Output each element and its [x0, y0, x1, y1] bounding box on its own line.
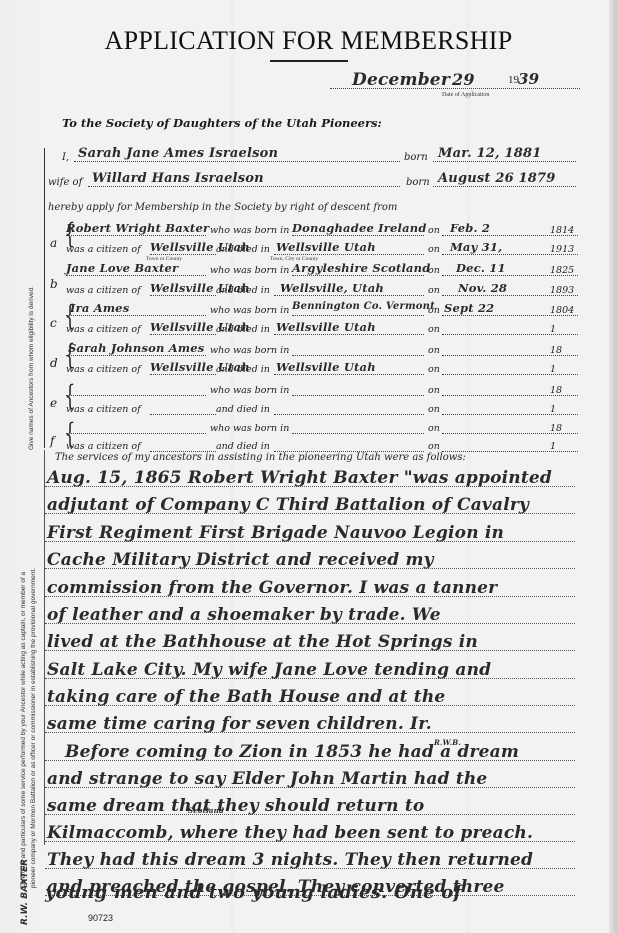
date-day: 29 [452, 70, 475, 89]
ancestor-death-year: 1 [550, 364, 556, 375]
ancestor-letter-d: d [50, 356, 58, 370]
label-on: on [428, 265, 440, 276]
dotted-line [150, 374, 216, 375]
label-on: on [428, 324, 440, 335]
applicant-row: I, Sarah Jane Ames Israelson born Mar. 1… [48, 150, 576, 168]
label-and-died-in: and died in [216, 404, 270, 415]
label-who-was-born-in: who was born in [210, 385, 289, 396]
label-was-a-citizen-of: was a citizen of [66, 404, 141, 415]
label-and-died-in: and died in [216, 364, 270, 375]
narrative-text: Aug. 15, 1865 Robert Wright Baxter "was … [47, 468, 552, 488]
dotted-line [274, 414, 424, 415]
ancestor-name: Robert Wright Baxter [66, 221, 209, 235]
dotted-line [150, 414, 216, 415]
ancestor-birth-year: 18 [550, 385, 562, 396]
dotted-line [274, 374, 424, 375]
ancestor-name: Sarah Johnson Ames [68, 341, 204, 355]
label-on: on [428, 404, 440, 415]
salutation: To the Society of Daughters of the Utah … [62, 116, 382, 130]
label-on: on [428, 385, 440, 396]
narrative-text: and strange to say Elder John Martin had… [47, 769, 487, 789]
label-was-a-citizen-of: was a citizen of [66, 364, 141, 375]
narrative-text: same time caring for seven children. Ir. [47, 714, 432, 734]
ancestor-name: Jane Love Baxter [66, 261, 178, 275]
narrative-line: commission from the Governor. I was a ta… [45, 573, 575, 597]
label-was-a-citizen-of: was a citizen of [66, 285, 141, 296]
ancestor-e-birth-row: who was born in on 18 [66, 384, 578, 401]
narrative-text: commission from the Governor. I was a ta… [47, 578, 497, 598]
narrative-text: of leather and a shoemaker by trade. We [47, 605, 441, 625]
ancestor-birth-date: Sept 22 [444, 301, 494, 315]
ancestor-died-in: Wellsville Utah [276, 360, 376, 374]
label-who-was-born-in: who was born in [210, 305, 289, 316]
ancestor-death-date: May 31, [450, 240, 502, 254]
ancestor-birth-date: Feb. 2 [450, 221, 490, 235]
insert-scotland: Scotland [188, 806, 224, 815]
applicant-prefix: I, [62, 152, 69, 163]
label-on: on [428, 441, 440, 452]
dotted-line [66, 355, 206, 356]
ancestor-death-date: Nov. 28 [458, 281, 507, 295]
ancestor-death-year: 1913 [550, 244, 574, 255]
narrative-line: adjutant of Company C Third Battalion of… [45, 490, 575, 514]
ancestor-died-in: Wellsville Utah [276, 240, 376, 254]
date-caption: Date of Application [442, 92, 489, 98]
narrative-text: taking care of the Bath House and at the [47, 687, 445, 707]
services-heading: The services of my ancestors in assistin… [55, 452, 466, 463]
dotted-line [274, 334, 424, 335]
ancestor-death-year: 1 [550, 441, 556, 452]
side-note-services-1: Give date and particulars of some servic… [20, 572, 27, 888]
label-on: on [428, 345, 440, 356]
narrative-line: and strange to say Elder John Martin had… [45, 764, 575, 788]
narrative-text: Cache Military District and received my [47, 550, 434, 570]
narrative-text: First Regiment First Brigade Nauvoo Legi… [47, 523, 504, 543]
label-who-was-born-in: who was born in [210, 225, 289, 236]
dotted-line [292, 275, 424, 276]
spouse-row: wife of Willard Hans Israelson born Augu… [48, 175, 576, 193]
label-on: on [428, 364, 440, 375]
ancestor-birth-year: 18 [550, 345, 562, 356]
side-note-ancestors: Give names of Ancestors from whom eligib… [28, 286, 35, 450]
label-who-was-born-in: who was born in [210, 345, 289, 356]
ancestor-birth-year: 1804 [550, 305, 574, 316]
label-was-a-citizen-of: was a citizen of [66, 324, 141, 335]
ancestor-b-birth-row: Jane Love Baxter who was born in Argyles… [66, 264, 578, 281]
ancestor-birthplace: Donaghadee Ireland [292, 221, 427, 235]
insert-rwb: R.W.B. [434, 738, 461, 747]
ancestor-c-birth-row: Ira Ames who was born in Bennington Co. … [66, 304, 578, 321]
application-date: December 29 19 39 Date of Application [330, 70, 580, 102]
ancestor-letter-f: f [50, 434, 54, 448]
label-was-a-citizen-of: was a citizen of [66, 441, 141, 452]
narrative-text: lived at the Bathhouse at the Hot Spring… [47, 632, 478, 652]
narrative-text: Salt Lake City. My wife Jane Love tendin… [47, 660, 491, 680]
narrative-line: taking care of the Bath House and at the [45, 682, 575, 706]
ancestor-letter-b: b [50, 277, 58, 291]
narrative-text-last: young men and two young ladies. One of [45, 882, 461, 903]
narrative-line: lived at the Bathhouse at the Hot Spring… [45, 627, 575, 651]
descent-statement: hereby apply for Membership in the Socie… [48, 202, 397, 213]
page-edge [609, 0, 617, 933]
dotted-line [274, 295, 424, 296]
document-id: 90723 [88, 913, 113, 923]
label-who-was-born-in: who was born in [210, 265, 289, 276]
narrative-line: Salt Lake City. My wife Jane Love tendin… [45, 655, 575, 679]
narrative-line: Before coming to Zion in 1853 he had a d… [45, 737, 575, 761]
title-underline [270, 60, 348, 62]
ancestor-letter-a: a [50, 236, 57, 250]
label-who-was-born-in: who was born in [210, 423, 289, 434]
label-on: on [428, 305, 440, 316]
label-on: on [428, 225, 440, 236]
dotted-line [442, 334, 578, 335]
narrative-text: adjutant of Company C Third Battalion of… [47, 495, 529, 515]
ancestor-letter-c: c [50, 316, 57, 330]
page-title: APPLICATION FOR MEMBERSHIP [0, 26, 617, 56]
ancestor-death-year: 1 [550, 324, 556, 335]
label-and-died-in: and died in [216, 441, 270, 452]
date-month: December [352, 70, 450, 90]
dotted-line [66, 395, 206, 396]
narrative-text: same dream that they should return to [47, 796, 424, 816]
dotted-line [292, 433, 424, 434]
ancestor-birth-date: Dec. 11 [456, 261, 506, 275]
applicant-born: Mar. 12, 1881 [438, 146, 541, 161]
signature-stamp: R.W. BAXTER [20, 859, 30, 925]
ancestor-birth-year: 18 [550, 423, 562, 434]
dotted-line [66, 275, 206, 276]
ancestor-d-birth-row: Sarah Johnson Ames who was born in on 18 [66, 344, 578, 361]
dotted-line [66, 235, 206, 236]
ancestor-birthplace: Bennington Co. Vermont [292, 301, 435, 312]
ancestor-died-in: Wellsville, Utah [280, 281, 384, 295]
dotted-line [442, 374, 578, 375]
label-on: on [428, 285, 440, 296]
spouse-born-label: born [406, 177, 430, 188]
dotted-line [292, 355, 424, 356]
ancestor-f-birth-row: who was born in on 18 [66, 422, 578, 439]
spouse-name: Willard Hans Israelson [92, 171, 264, 186]
applicant-born-label: born [404, 152, 428, 163]
left-margin-rule [44, 148, 45, 448]
label-was-a-citizen-of: was a citizen of [66, 244, 141, 255]
ancestor-birth-year: 1814 [550, 225, 574, 236]
spouse-prefix: wife of [48, 177, 82, 188]
ancestor-birthplace: Argyleshire Scotland [292, 261, 431, 275]
narrative-line: Cache Military District and received my [45, 545, 575, 569]
narrative-line: same dream that they should return to [45, 791, 575, 815]
ancestor-name: Ira Ames [70, 301, 129, 315]
ancestor-a-birth-row: Robert Wright Baxter who was born in Don… [66, 224, 578, 241]
narrative-line: Kilmaccomb, where they had been sent to … [45, 818, 575, 842]
label-on: on [428, 423, 440, 434]
label-and-died-in: and died in [216, 324, 270, 335]
descent-row: hereby apply for Membership in the Socie… [48, 200, 576, 218]
narrative-line: same time caring for seven children. Ir. [45, 709, 575, 733]
dotted-line [66, 315, 206, 316]
ancestor-b-death-row: was a citizen of Wellsville Utah and die… [66, 284, 578, 301]
dotted-line [150, 334, 216, 335]
dotted-line [66, 433, 206, 434]
narrative-text: They had this dream 3 nights. They then … [47, 850, 533, 870]
applicant-name: Sarah Jane Ames Israelson [78, 146, 278, 161]
dotted-line [292, 395, 424, 396]
narrative-line: First Regiment First Brigade Nauvoo Legi… [45, 518, 575, 542]
label-on: on [428, 244, 440, 255]
spouse-born: August 26 1879 [438, 171, 556, 186]
narrative-text: Kilmaccomb, where they had been sent to … [47, 823, 533, 843]
ancestor-e-death-row: was a citizen of and died in on 1 [66, 403, 578, 420]
ancestor-a-death-row: was a citizen of Wellsville Utah and die… [66, 243, 578, 260]
ancestor-d-death-row: was a citizen of Wellsville Utah and die… [66, 363, 578, 380]
side-note-services-2: pioneer company or Mormon Battalion or a… [30, 568, 37, 888]
ancestor-letter-e: e [50, 396, 57, 410]
dotted-line [150, 295, 216, 296]
label-and-died-in: and died in [216, 285, 270, 296]
dotted-line [274, 254, 424, 255]
label-and-died-in: and died in [216, 244, 270, 255]
dotted-line [292, 235, 424, 236]
date-year: 39 [518, 70, 539, 88]
dotted-line [442, 414, 578, 415]
dotted-line [292, 315, 424, 316]
dotted-line [150, 254, 216, 255]
ancestor-death-year: 1893 [550, 285, 574, 296]
ancestor-death-year: 1 [550, 404, 556, 415]
narrative-line: Aug. 15, 1865 Robert Wright Baxter "was … [45, 463, 575, 487]
ancestor-c-death-row: was a citizen of Wellsville Utah and die… [66, 323, 578, 340]
ancestor-died-in: Wellsville Utah [276, 320, 376, 334]
ancestor-birth-year: 1825 [550, 265, 574, 276]
narrative-line: of leather and a shoemaker by trade. We [45, 600, 575, 624]
narrative-line: They had this dream 3 nights. They then … [45, 845, 575, 869]
